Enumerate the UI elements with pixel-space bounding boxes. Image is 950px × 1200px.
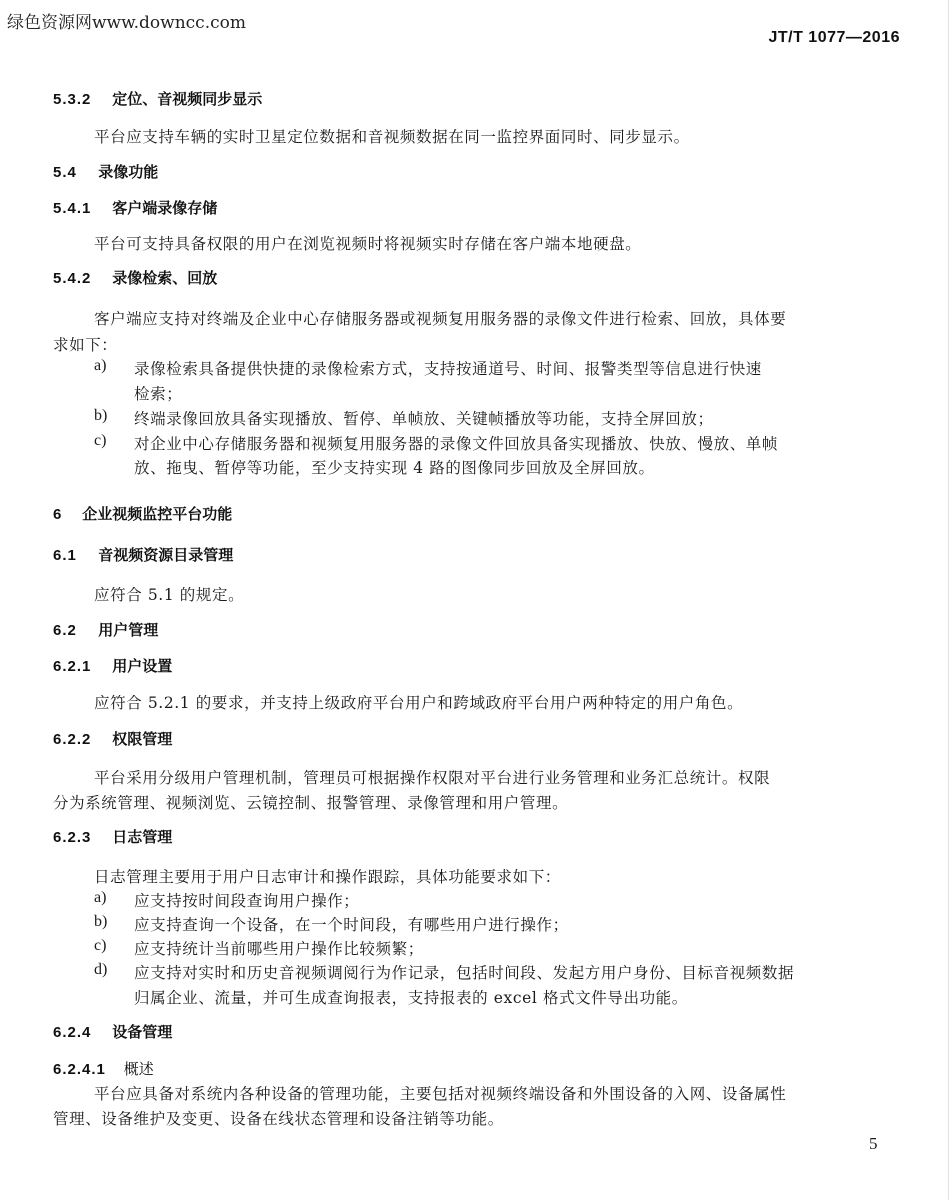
- watermark-text: 绿色资源网www.downcc.com: [7, 8, 246, 33]
- paragraph: 应符合 5.2.1 的要求，并支持上级政府平台用户和跨域政府平台用户两种特定的用…: [94, 691, 743, 713]
- heading-number: 5.4: [53, 164, 93, 181]
- list-item-line: 录像检索具备提供快捷的录像检索方式，支持按通道号、时间、报警类型等信息进行快速: [134, 357, 762, 379]
- list-item-line: 对企业中心存储服务器和视频复用服务器的录像文件回放具备实现播放、快放、慢放、单帧: [134, 432, 778, 454]
- paragraph-line: 平台应具备对系统内各种设备的管理功能，主要包括对视频终端设备和外围设备的入网、设…: [94, 1082, 786, 1104]
- heading-number: 6.1: [53, 547, 93, 564]
- paragraph-line: 管理、设备维护及变更、设备在线状态管理和设备注销等功能。: [53, 1107, 504, 1129]
- heading-5-3-2: 5.3.2 定位、音视频同步显示: [53, 88, 262, 109]
- heading-number: 6: [53, 506, 77, 523]
- list-item-line: 应支持查询一个设备，在一个时间段，有哪些用户进行操作；: [134, 913, 569, 935]
- heading-number: 6.2.3: [53, 829, 107, 846]
- list-item-line: 应支持统计当前哪些用户操作比较频繁；: [134, 937, 424, 959]
- list-item-line: 放、拖曳、暂停等功能，至少支持实现 4 路的图像同步回放及全屏回放。: [134, 456, 655, 478]
- paragraph: 平台可支持具备权限的用户在浏览视频时将视频实时存储在客户端本地硬盘。: [94, 232, 641, 254]
- heading-6-2-4: 6.2.4 设备管理: [53, 1021, 172, 1042]
- paragraph-line: 客户端应支持对终端及企业中心存储服务器或视频复用服务器的录像文件进行检索、回放，…: [94, 307, 786, 329]
- page-edge-rule: [948, 0, 949, 1200]
- heading-6-2-3: 6.2.3 日志管理: [53, 826, 172, 847]
- list-marker: a): [94, 357, 106, 375]
- heading-title: 录像检索、回放: [112, 269, 217, 287]
- heading-6: 6 企业视频监控平台功能: [53, 503, 232, 524]
- standard-code: JT/T 1077—2016: [768, 29, 900, 47]
- heading-title: 音视频资源目录管理: [98, 546, 233, 564]
- heading-number: 5.4.1: [53, 200, 107, 217]
- paragraph: 日志管理主要用于用户日志审计和操作跟踪，具体功能要求如下：: [94, 865, 561, 887]
- heading-title: 录像功能: [98, 163, 158, 181]
- paragraph-line: 求如下：: [53, 333, 117, 355]
- heading-title: 用户设置: [112, 657, 172, 675]
- heading-number: 5.4.2: [53, 270, 107, 287]
- heading-title: 用户管理: [98, 621, 158, 639]
- list-item-line: 应支持按时间段查询用户操作；: [134, 889, 359, 911]
- heading-title: 企业视频监控平台功能: [82, 505, 232, 523]
- list-item-line: 归属企业、流量，并可生成查询报表，支持报表的 excel 格式文件导出功能。: [134, 986, 688, 1008]
- heading-title: 设备管理: [112, 1023, 172, 1041]
- paragraph: 平台应支持车辆的实时卫星定位数据和音视频数据在同一监控界面同时、同步显示。: [94, 125, 690, 147]
- heading-6-2-2: 6.2.2 权限管理: [53, 728, 172, 749]
- list-marker: c): [94, 432, 106, 450]
- list-marker: c): [94, 937, 106, 955]
- heading-6-2-1: 6.2.1 用户设置: [53, 655, 172, 676]
- heading-5-4-1: 5.4.1 客户端录像存储: [53, 197, 217, 218]
- list-item-line: 检索；: [134, 382, 182, 404]
- heading-5-4-2: 5.4.2 录像检索、回放: [53, 267, 217, 288]
- heading-number: 6.2.4: [53, 1024, 107, 1041]
- paragraph: 应符合 5.1 的规定。: [94, 583, 244, 605]
- heading-number: 6.2.4.1: [53, 1061, 119, 1078]
- paragraph-line: 平台采用分级用户管理机制，管理员可根据操作权限对平台进行业务管理和业务汇总统计。…: [94, 766, 770, 788]
- heading-title: 权限管理: [112, 730, 172, 748]
- heading-title: 概述: [124, 1060, 154, 1078]
- heading-6-2: 6.2 用户管理: [53, 619, 158, 640]
- list-marker: b): [94, 913, 107, 931]
- list-marker: b): [94, 407, 107, 425]
- heading-6-1: 6.1 音视频资源目录管理: [53, 544, 233, 565]
- paragraph-line: 分为系统管理、视频浏览、云镜控制、报警管理、录像管理和用户管理。: [53, 791, 568, 813]
- heading-title: 客户端录像存储: [112, 199, 217, 217]
- list-marker: d): [94, 961, 107, 979]
- heading-number: 6.2: [53, 622, 93, 639]
- list-marker: a): [94, 889, 106, 907]
- heading-title: 日志管理: [112, 828, 172, 846]
- list-item-line: 应支持对实时和历史音视频调阅行为作记录，包括时间段、发起方用户身份、目标音视频数…: [134, 961, 794, 983]
- list-item-line: 终端录像回放具备实现播放、暂停、单帧放、关键帧播放等功能，支持全屏回放；: [134, 407, 714, 429]
- heading-number: 6.2.1: [53, 658, 107, 675]
- heading-number: 6.2.2: [53, 731, 107, 748]
- heading-6-2-4-1: 6.2.4.1 概述: [53, 1058, 154, 1079]
- page-number: 5: [869, 1134, 878, 1154]
- heading-title: 定位、音视频同步显示: [112, 90, 262, 108]
- heading-number: 5.3.2: [53, 91, 107, 108]
- heading-5-4: 5.4 录像功能: [53, 161, 158, 182]
